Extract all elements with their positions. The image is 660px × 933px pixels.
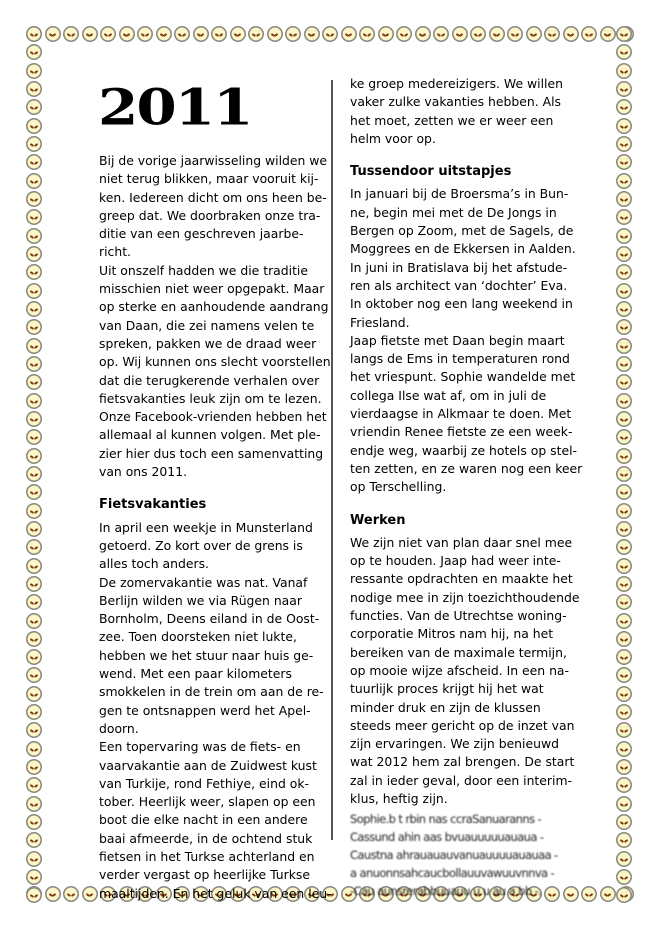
clock-icon xyxy=(26,594,42,610)
clock-icon xyxy=(26,319,42,335)
text-line: klus, heftig zijn. xyxy=(350,790,572,808)
clock-icon xyxy=(616,283,632,299)
clock-icon xyxy=(26,246,42,262)
text-line: ke groep medereizigers. We willen xyxy=(350,75,572,93)
clock-icon xyxy=(433,26,449,42)
clock-icon xyxy=(45,886,61,902)
text-line: van ons 2011. xyxy=(99,463,311,481)
clock-icon xyxy=(26,209,42,225)
text-line: zal in ieder geval, door een interim- xyxy=(350,772,572,790)
clock-icon xyxy=(341,26,357,42)
clock-icon xyxy=(26,869,42,885)
text-line: Berlijn wilden we via Rügen naar xyxy=(99,592,311,610)
continued-paragraph: ke groep medereizigers. We willenvaker z… xyxy=(350,75,572,148)
clock-icon xyxy=(26,631,42,647)
clock-icon xyxy=(26,759,42,775)
text-line: In juni in Bratislava bij het afstude- xyxy=(350,259,572,277)
text-line: Sophie.b t rbin nas ccraSanuaranns - xyxy=(350,810,572,828)
clock-icon xyxy=(616,246,632,262)
text-line: op sterke en aanhoudende aandrang xyxy=(99,298,311,316)
clock-icon xyxy=(616,448,632,464)
clock-icon xyxy=(26,832,42,848)
text-line: zier hier dus toch een samenvatting xyxy=(99,445,311,463)
text-line: het vriespunt. Sophie wandelde met xyxy=(350,368,572,386)
clock-icon xyxy=(616,613,632,629)
clock-icon xyxy=(26,63,42,79)
text-line: op te houden. Jaap had weer inte- xyxy=(350,552,572,570)
clock-icon xyxy=(616,356,632,372)
clock-icon xyxy=(26,81,42,97)
clock-icon xyxy=(616,649,632,665)
clock-icon xyxy=(119,26,135,42)
right-column: ke groep medereizigers. We willenvaker z… xyxy=(350,75,572,900)
clock-icon xyxy=(100,26,116,42)
clock-icon xyxy=(26,851,42,867)
text-line: doorn. xyxy=(99,720,311,738)
text-line: endje weg, waarbij ze hotels op stel- xyxy=(350,442,572,460)
clock-icon xyxy=(230,26,246,42)
clock-icon xyxy=(616,484,632,500)
text-line: minder druk en zijn de klussen xyxy=(350,699,572,717)
clock-icon xyxy=(616,338,632,354)
text-line: zee. Toen doorsteken niet lukte, xyxy=(99,628,311,646)
clock-icon xyxy=(616,631,632,647)
clock-icon xyxy=(616,26,632,42)
text-line: Caustna ahrauauauvanuauuuuauauaa - xyxy=(350,846,572,864)
text-line: Bergen op Zoom, met de Sagels, de xyxy=(350,222,572,240)
clock-icon xyxy=(26,777,42,793)
clock-icon xyxy=(26,722,42,738)
clock-icon xyxy=(616,869,632,885)
clock-icon xyxy=(616,796,632,812)
text-line: niet terug blikken, maar vooruit kij- xyxy=(99,170,311,188)
clock-icon xyxy=(616,814,632,830)
text-line: Moggrees en de Ekkersen in Aalden. xyxy=(350,240,572,258)
clock-icon xyxy=(26,154,42,170)
text-line: helm voor op. xyxy=(350,130,572,148)
text-line: Een topervaring was de fiets- en xyxy=(99,738,311,756)
clock-icon xyxy=(82,886,98,902)
clock-icon xyxy=(616,576,632,592)
clock-icon xyxy=(616,209,632,225)
clock-icon xyxy=(563,26,579,42)
clock-icon xyxy=(616,887,632,903)
clock-icon xyxy=(616,539,632,555)
text-line: Friesland. xyxy=(350,314,572,332)
text-line: tuurlijk proces krijgt hij het wat xyxy=(350,680,572,698)
clock-icon xyxy=(248,26,264,42)
clock-icon xyxy=(616,466,632,482)
clock-icon xyxy=(616,99,632,115)
clock-icon xyxy=(544,26,560,42)
clock-icon xyxy=(396,26,412,42)
clock-icon xyxy=(616,741,632,757)
clock-icon xyxy=(616,722,632,738)
text-line: In april een weekje in Munsterland xyxy=(99,519,311,537)
text-line: We zijn niet van plan daar snel mee xyxy=(350,534,572,552)
clock-icon xyxy=(616,319,632,335)
text-line: dat die terugkerende verhalen over xyxy=(99,372,311,390)
clock-icon xyxy=(26,44,42,60)
text-line: vriendin Renee fietste ze een week- xyxy=(350,423,572,441)
clock-icon xyxy=(26,374,42,390)
text-line: De zomervakantie was nat. Vanaf xyxy=(99,574,311,592)
clock-icon xyxy=(26,26,42,42)
text-line: Cassund ahin aas bvuauuuuuauaua - xyxy=(350,828,572,846)
text-line: ne, begin mei met de De Jongs in xyxy=(350,204,572,222)
text-line: ken. Iedereen dicht om ons heen be- xyxy=(99,189,311,207)
text-line: maaltijden. En het geluk van een leu- xyxy=(99,885,311,903)
text-line: richt. xyxy=(99,243,311,261)
text-line: ressante opdrachten en maakte het xyxy=(350,570,572,588)
clock-icon xyxy=(600,886,616,902)
text-line: Jaap fietste met Daan begin maart xyxy=(350,332,572,350)
text-line: misschien niet weer opgepakt. Maar xyxy=(99,280,311,298)
clock-icon xyxy=(82,26,98,42)
clock-icon xyxy=(616,686,632,702)
clock-icon xyxy=(26,411,42,427)
fietsvakanties-paragraph: In april een weekje in Munsterlandgetoer… xyxy=(99,519,311,903)
clock-icon xyxy=(616,44,632,60)
clock-icon xyxy=(616,704,632,720)
text-line: smokkelen in de trein om aan de re- xyxy=(99,683,311,701)
clock-icon xyxy=(26,521,42,537)
clock-icon xyxy=(616,667,632,683)
clock-icon xyxy=(26,173,42,189)
clock-icon xyxy=(616,411,632,427)
clock-icon xyxy=(616,154,632,170)
text-line: Bornholm, Deens eiland in de Oost- xyxy=(99,610,311,628)
clock-border-top xyxy=(26,26,634,42)
text-line: hebben we het stuur naar huis ge- xyxy=(99,647,311,665)
text-line: functies. Van de Utrechtse woning- xyxy=(350,607,572,625)
clock-icon xyxy=(378,26,394,42)
clock-icon xyxy=(26,264,42,280)
clock-icon xyxy=(581,886,597,902)
clock-icon xyxy=(26,136,42,152)
text-line: getoerd. Zo kort over de grens is xyxy=(99,537,311,555)
text-line: ren als architect van ‘dochter’ Eva. xyxy=(350,277,572,295)
clock-icon xyxy=(26,887,42,903)
clock-icon xyxy=(304,26,320,42)
clock-icon xyxy=(616,301,632,317)
text-line: vierdaagse in Alkmaar te doen. Met xyxy=(350,405,572,423)
clock-icon xyxy=(26,301,42,317)
clock-icon xyxy=(616,81,632,97)
clock-icon xyxy=(26,338,42,354)
text-line: ditie van een geschreven jaarbe- xyxy=(99,225,311,243)
clock-icon xyxy=(489,26,505,42)
text-line: van Turkije, rond Fethiye, eind ok- xyxy=(99,775,311,793)
clock-icon xyxy=(137,26,153,42)
section-heading-werken: Werken xyxy=(350,512,572,530)
clock-icon xyxy=(359,26,375,42)
clock-icon xyxy=(616,851,632,867)
clock-icon xyxy=(600,26,616,42)
clock-icon xyxy=(507,26,523,42)
text-line: op. Wij kunnen ons slecht voorstellen xyxy=(99,353,311,371)
clock-icon xyxy=(63,886,79,902)
text-line: van Daan, die zei namens velen te xyxy=(99,317,311,335)
clock-icon xyxy=(26,558,42,574)
text-line: Onze Facebook-vrienden hebben het xyxy=(99,408,311,426)
clock-icon xyxy=(616,118,632,134)
clock-icon xyxy=(26,704,42,720)
text-line: baai afmeerde, in de ochtend stuk xyxy=(99,830,311,848)
text-line: zijn ervaringen. We zijn benieuwd xyxy=(350,735,572,753)
clock-icon xyxy=(285,26,301,42)
clock-icon xyxy=(616,558,632,574)
illegible-paragraph: Sophie.b t rbin nas ccraSanuaranns -Cass… xyxy=(350,810,572,900)
text-line: gen te ontsnappen werd het Apel- xyxy=(99,702,311,720)
clock-icon xyxy=(616,393,632,409)
clock-icon xyxy=(452,26,468,42)
clock-icon xyxy=(616,264,632,280)
clock-icon xyxy=(26,741,42,757)
clock-border-right xyxy=(616,26,632,904)
left-column: Bij de vorige jaarwisseling wilden wenie… xyxy=(99,152,311,903)
clock-icon xyxy=(616,759,632,775)
clock-icon xyxy=(45,26,61,42)
text-line: In januari bij de Broersma’s in Bun- xyxy=(350,185,572,203)
werken-paragraph: We zijn niet van plan daar snel meeop te… xyxy=(350,534,572,808)
clock-icon xyxy=(616,594,632,610)
clock-icon xyxy=(581,26,597,42)
text-line: tober. Heerlijk weer, slapen op een xyxy=(99,793,311,811)
clock-icon xyxy=(616,173,632,189)
section-heading-tussendoor: Tussendoor uitstapjes xyxy=(350,163,572,181)
clock-icon xyxy=(26,503,42,519)
clock-icon xyxy=(26,283,42,299)
text-line: wat 2012 hem zal brengen. De start xyxy=(350,753,572,771)
text-line: Uit onszelf hadden we die traditie xyxy=(99,262,311,280)
clock-icon xyxy=(616,191,632,207)
clock-icon xyxy=(174,26,190,42)
clock-icon xyxy=(616,777,632,793)
clock-icon xyxy=(26,667,42,683)
text-line: greep dat. We doorbraken onze tra- xyxy=(99,207,311,225)
clock-icon xyxy=(26,613,42,629)
clock-icon xyxy=(26,99,42,115)
clock-icon xyxy=(26,814,42,830)
clock-icon xyxy=(616,136,632,152)
clock-icon xyxy=(26,429,42,445)
clock-icon xyxy=(616,503,632,519)
page-title: 2011 xyxy=(98,80,251,135)
text-line: In oktober nog een lang weekend in xyxy=(350,295,572,313)
clock-icon xyxy=(616,374,632,390)
text-line: fietsen in het Turkse achterland en xyxy=(99,848,311,866)
clock-icon xyxy=(470,26,486,42)
clock-border-left xyxy=(26,26,42,904)
clock-icon xyxy=(26,686,42,702)
text-line: vaker zulke vakanties hebben. Als xyxy=(350,93,572,111)
intro-paragraph: Bij de vorige jaarwisseling wilden wenie… xyxy=(99,152,311,481)
text-line: ten zetten, en ze waren nog een keer xyxy=(350,460,572,478)
clock-icon xyxy=(26,356,42,372)
text-line: op mooie wijze afscheid. In een na- xyxy=(350,662,572,680)
clock-icon xyxy=(26,393,42,409)
clock-icon xyxy=(616,228,632,244)
text-line: bereiken van de maximale termijn, xyxy=(350,644,572,662)
column-divider xyxy=(331,80,333,840)
text-line: corporatie Mitros nam hij, na het xyxy=(350,625,572,643)
tussendoor-paragraph: In januari bij de Broersma’s in Bun-ne, … xyxy=(350,185,572,496)
section-heading-fietsvakanties: Fietsvakanties xyxy=(99,496,311,514)
text-line: verder vergast op heerlijke Turkse xyxy=(99,866,311,884)
text-line: alles toch anders. xyxy=(99,555,311,573)
clock-icon xyxy=(26,118,42,134)
text-line: langs de Ems in temperaturen rond xyxy=(350,350,572,368)
text-line: nodige mee in zijn toezichthoudende xyxy=(350,589,572,607)
clock-icon xyxy=(526,26,542,42)
text-line: spreken, pakken we de draad weer xyxy=(99,335,311,353)
text-line: -Cau aunsrerabbuuauu u u au a bb -. xyxy=(350,882,572,900)
clock-icon xyxy=(616,63,632,79)
clock-icon xyxy=(26,191,42,207)
clock-icon xyxy=(415,26,431,42)
clock-icon xyxy=(267,26,283,42)
clock-icon xyxy=(26,448,42,464)
text-line: collega Ilse wat af, om in juli de xyxy=(350,387,572,405)
clock-icon xyxy=(616,832,632,848)
clock-icon xyxy=(156,26,172,42)
clock-icon xyxy=(26,576,42,592)
text-line: wend. Met een paar kilometers xyxy=(99,665,311,683)
text-line: steeds meer gericht op de inzet van xyxy=(350,717,572,735)
text-line: boot die elke nacht in een andere xyxy=(99,811,311,829)
text-line: op Terschelling. xyxy=(350,478,572,496)
text-line: a anuonnsahcaucbollauuvawuuvnnva - xyxy=(350,864,572,882)
clock-icon xyxy=(26,649,42,665)
clock-icon xyxy=(616,521,632,537)
text-line: allemaal al kunnen volgen. Met ple- xyxy=(99,426,311,444)
text-line: vaarvakantie aan de Zuidwest kust xyxy=(99,757,311,775)
text-line: Bij de vorige jaarwisseling wilden we xyxy=(99,152,311,170)
clock-icon xyxy=(616,429,632,445)
clock-icon xyxy=(26,466,42,482)
text-line: het moet, zetten we er weer een xyxy=(350,112,572,130)
clock-icon xyxy=(26,796,42,812)
clock-icon xyxy=(26,484,42,500)
clock-icon xyxy=(211,26,227,42)
clock-icon xyxy=(63,26,79,42)
clock-icon xyxy=(26,539,42,555)
clock-icon xyxy=(26,228,42,244)
clock-icon xyxy=(322,26,338,42)
clock-icon xyxy=(193,26,209,42)
text-line: fietsvakanties leuk zijn om te lezen. xyxy=(99,390,311,408)
